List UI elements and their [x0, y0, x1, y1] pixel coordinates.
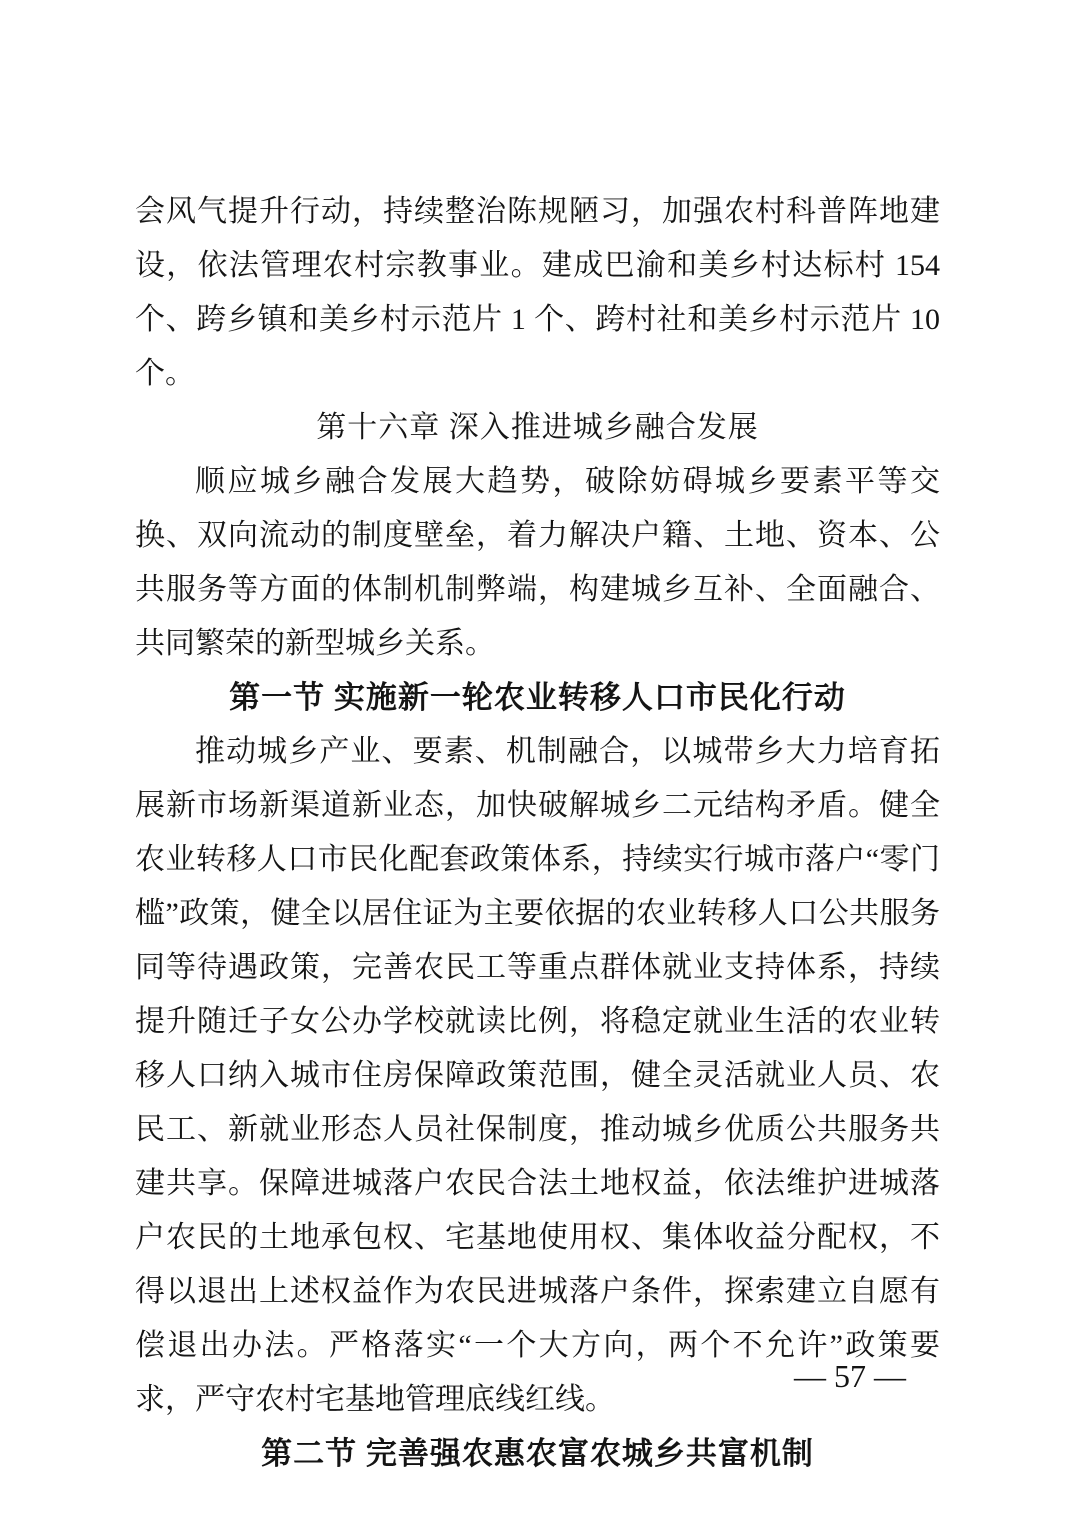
section-1-heading: 第一节 实施新一轮农业转移人口市民化行动: [135, 671, 940, 725]
page-number: — 57 —: [794, 1356, 906, 1396]
paragraph-chapter-intro: 顺应城乡融合发展大趋势，破除妨碍城乡要素平等交换、双向流动的制度壁垒，着力解决户…: [135, 455, 940, 671]
document-body: 会风气提升行动，持续整治陈规陋习，加强农村科普阵地建设，依法管理农村宗教事业。建…: [135, 185, 940, 1481]
section-2-heading: 第二节 完善强农惠农富农城乡共富机制: [135, 1427, 940, 1481]
document-page: 会风气提升行动，持续整治陈规陋习，加强农村科普阵地建设，依法管理农村宗教事业。建…: [0, 0, 1074, 1520]
paragraph-section-1: 推动城乡产业、要素、机制融合，以城带乡大力培育拓展新市场新渠道新业态，加快破解城…: [135, 725, 940, 1427]
chapter-heading: 第十六章 深入推进城乡融合发展: [135, 401, 940, 455]
paragraph-continuation: 会风气提升行动，持续整治陈规陋习，加强农村科普阵地建设，依法管理农村宗教事业。建…: [135, 185, 940, 401]
